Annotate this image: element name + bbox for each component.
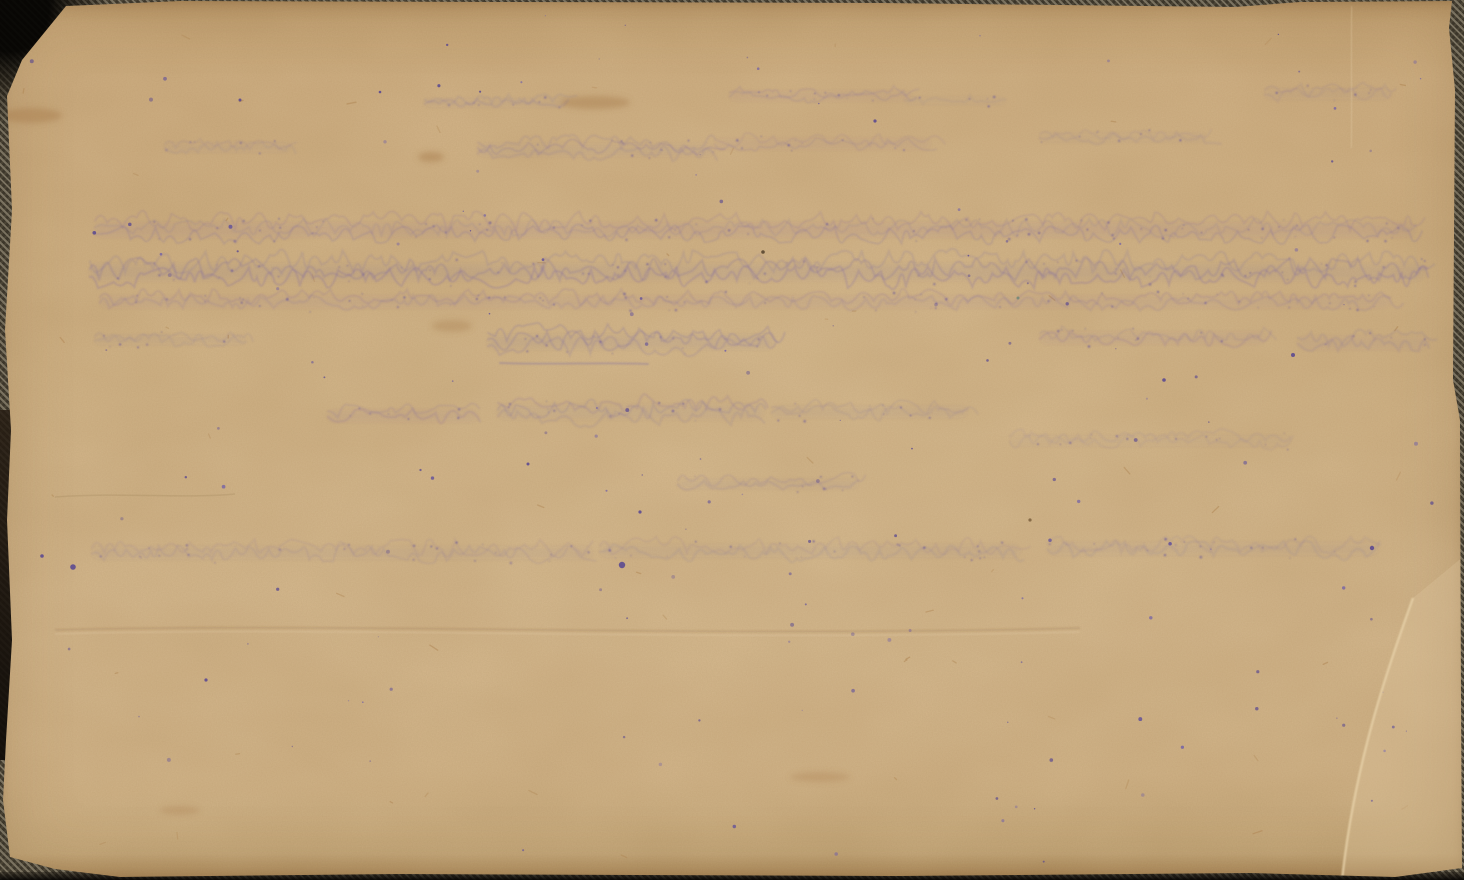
- faded-handwriting-layer: [0, 0, 1464, 880]
- stain-group: [0, 96, 850, 815]
- scanned-document: [0, 0, 1464, 880]
- handwriting-smear-group: [90, 89, 1428, 559]
- paper-sheet: [0, 0, 1464, 880]
- handwriting-underline: [500, 363, 648, 364]
- handwriting-stroke-group: [90, 83, 1436, 565]
